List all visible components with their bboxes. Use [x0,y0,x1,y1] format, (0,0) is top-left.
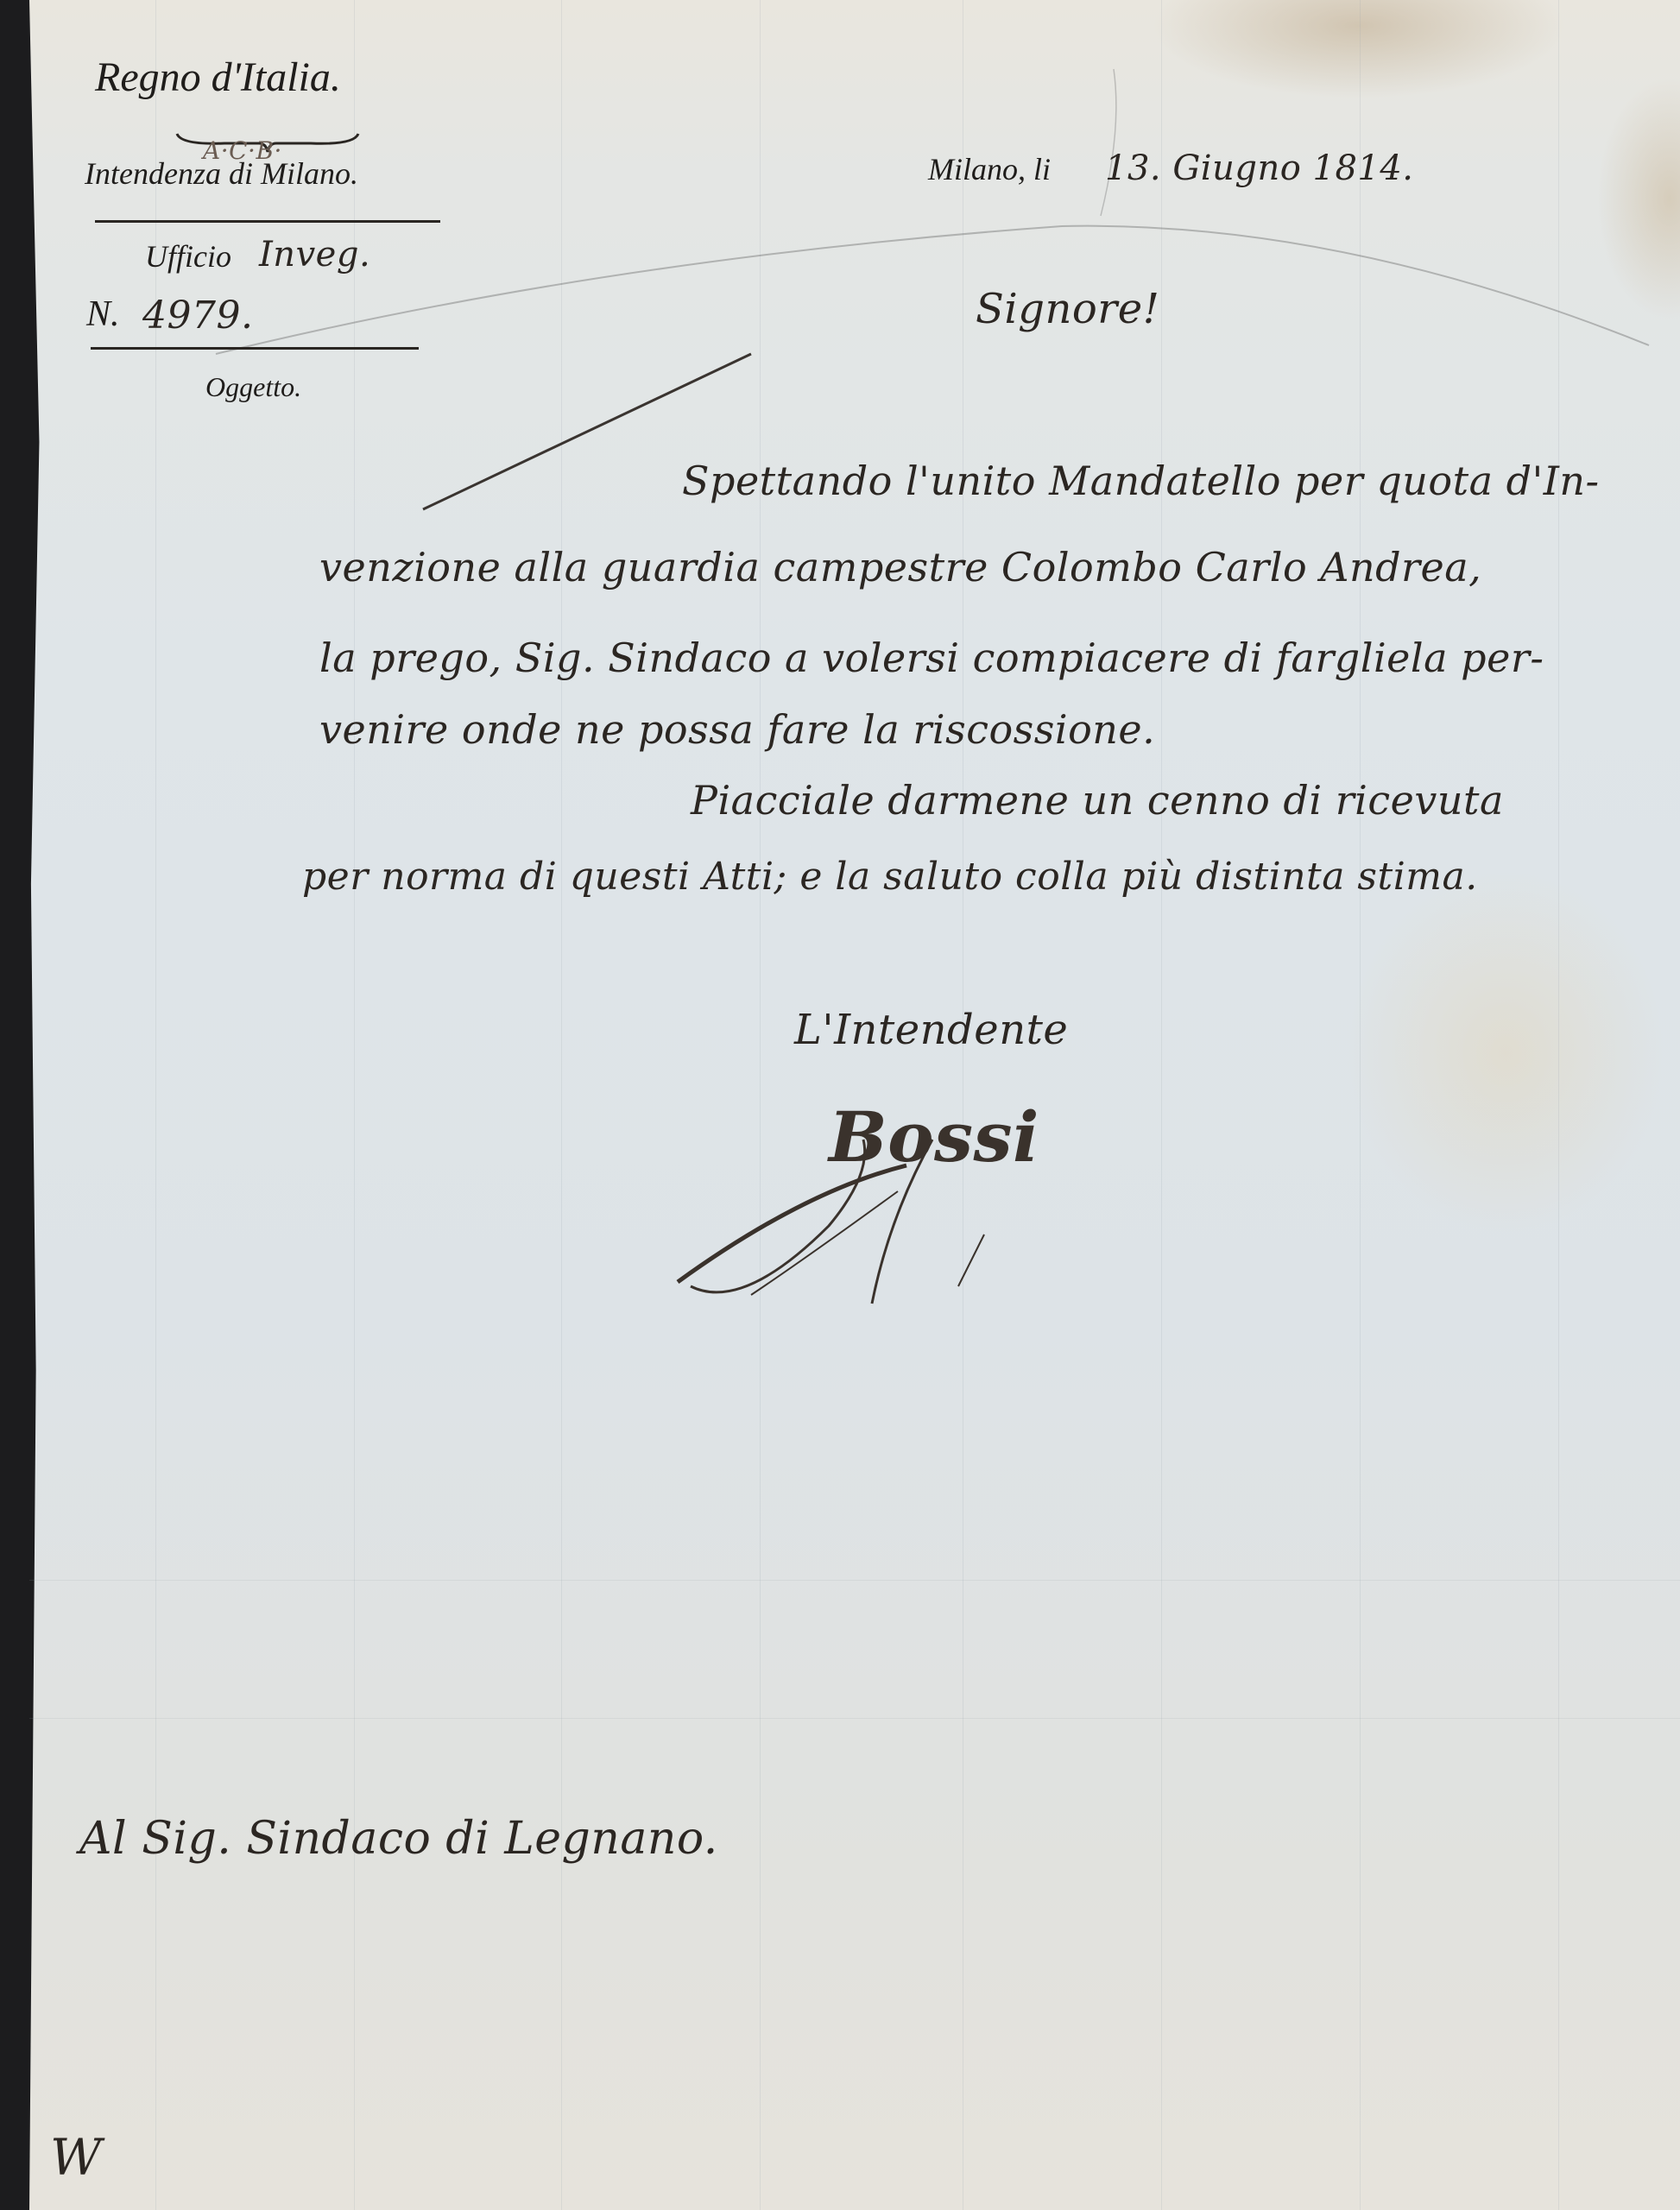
header-divider [95,220,440,223]
body-line: venire onde ne possa fare la riscossione… [319,706,1155,753]
body-line: per norma di questi Atti; e la saluto co… [302,855,1478,899]
kingdom-heading: Regno d'Italia. [95,54,341,101]
body-line: Piacciale darmene un cenno di ricevuta [691,777,1504,824]
body-line: Spettando l'unito Mandatello per quota d… [682,458,1600,504]
letter-date: 13. Giugno 1814. [1105,148,1414,188]
body-line: venzione alla guardia campestre Colombo … [319,544,1481,590]
subject-label: Oggetto. [205,371,301,403]
header-divider [91,347,419,350]
department-label: Ufficio [145,238,231,275]
department-value: Inveg. [259,235,370,275]
addressee: Al Sig. Sindaco di Legnano. [79,1813,718,1865]
number-label: N. [86,294,120,335]
closing-title: L'Intendente [794,1006,1068,1054]
body-line: la prego, Sig. Sindaco a volersi compiac… [319,635,1544,681]
salutation: Signore! [976,285,1159,333]
archive-mark: W [50,2128,102,2187]
signature-flourish [673,1088,1105,1312]
date-place: Milano, li [928,151,1051,187]
office-name: Intendenza di Milano. [85,155,358,192]
protocol-number: 4979. [142,294,253,338]
